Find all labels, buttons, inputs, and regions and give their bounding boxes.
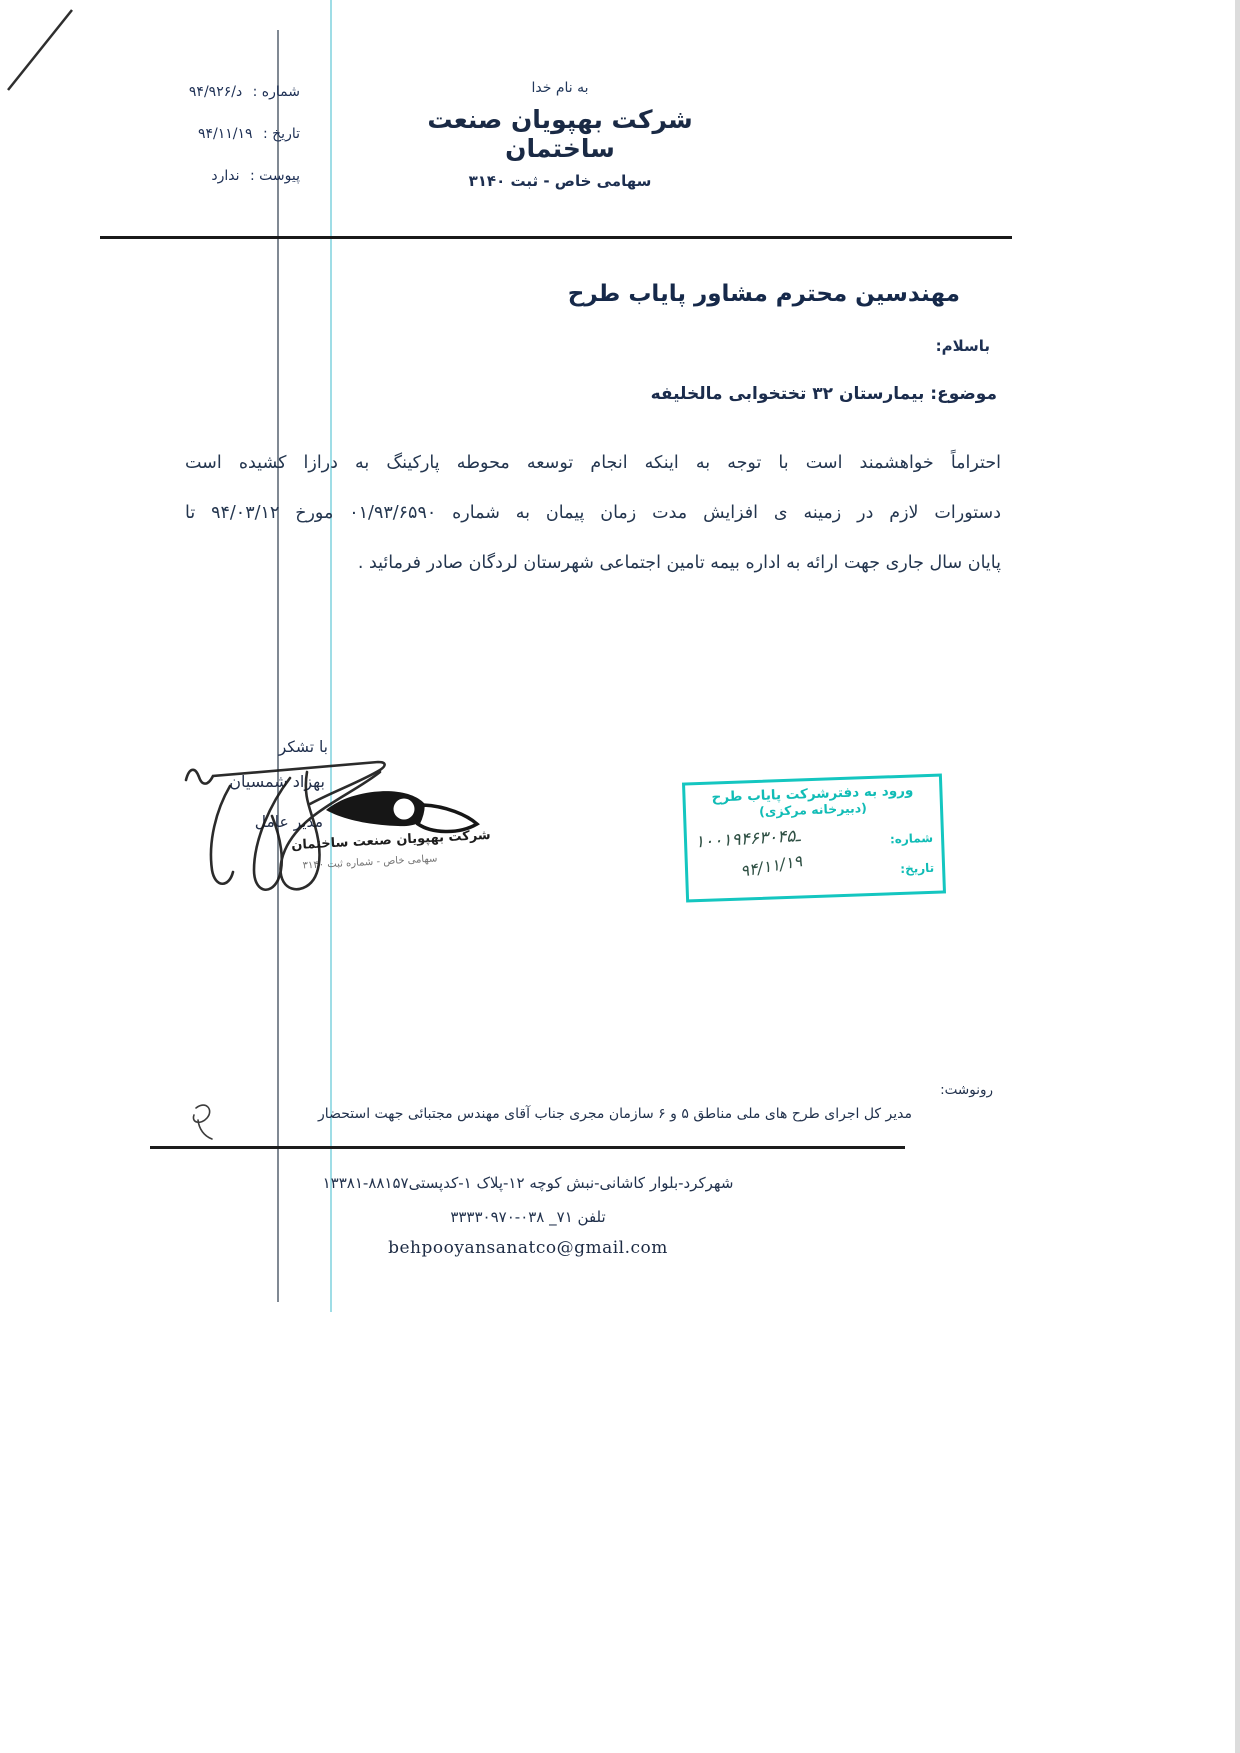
cc-handwritten-checkmark xyxy=(186,1096,218,1144)
footer-divider xyxy=(150,1146,905,1149)
letter-number-value: ۹۴/د/۹۲۶ xyxy=(189,84,242,100)
header-divider xyxy=(100,236,1012,239)
footer-email: behpooyansanatco@gmail.com xyxy=(152,1238,904,1258)
letter-attachment-row: پیوست : ندارد xyxy=(211,168,300,184)
letter-date-row: تاریخ : ۹۴/۱۱/۱۹ xyxy=(198,126,300,142)
letter-number-label: شماره : xyxy=(253,84,300,100)
received-stamp-date-label: تاریخ: xyxy=(900,861,934,876)
received-stamp-number-label: شماره: xyxy=(890,831,934,846)
received-stamp-number-value: ۱۰۰۱۹۴ـ۶۳۰۴۵ xyxy=(694,826,800,852)
bismillah-text: به نام خدا xyxy=(385,80,735,96)
handwritten-signature xyxy=(170,730,410,915)
body-paragraph: احتراماً خواهشمند است با توجه به اینکه ا… xyxy=(185,438,1001,588)
company-type: سهامی خاص - ثبت ۳۱۴۰ xyxy=(385,172,735,190)
cc-recipient-line: مدیر کل اجرای طرح های ملی مناطق ۵ و ۶ سا… xyxy=(200,1106,912,1122)
salutation-text: باسلام: xyxy=(790,337,990,355)
scanned-letter-page: شماره : ۹۴/د/۹۲۶ تاریخ : ۹۴/۱۱/۱۹ پیوست … xyxy=(0,0,1240,1753)
body-line: احتراماً خواهشمند است با توجه به اینکه ا… xyxy=(185,438,1001,488)
body-line: پایان سال جاری جهت ارائه به اداره بیمه ت… xyxy=(185,538,1001,588)
letterhead: به نام خدا شرکت بهپویان صنعت ساختمان سها… xyxy=(385,80,735,190)
letter-attachment-value: ندارد xyxy=(211,168,239,184)
footer-address: شهرکرد-بلوار کاشانی-نبش کوچه ۱۲-پلاک ۱-ک… xyxy=(152,1174,904,1192)
body-line: دستورات لازم در زمینه ی افزایش مدت زمان … xyxy=(185,488,1001,538)
letter-attachment-label: پیوست : xyxy=(250,168,300,184)
footer-phone: تلفن ۷۱_ ۰۳۸-۳۳۳۳۰۹۷۰ xyxy=(152,1208,904,1226)
received-stamp: ورود به دفترشرکت پایاب طرح (دبیرخانه مرک… xyxy=(682,773,946,902)
recipient-heading: مهندسین محترم مشاور پایاب طرح xyxy=(535,281,960,307)
company-name: شرکت بهپویان صنعت ساختمان xyxy=(385,105,735,163)
cc-label: رونوشت: xyxy=(848,1082,993,1098)
letter-date-value: ۹۴/۱۱/۱۹ xyxy=(198,126,253,142)
scan-edge-shadow xyxy=(1235,0,1240,1753)
corner-fold-mark xyxy=(0,0,90,100)
subject-line: موضوع: بیمارستان ۳۲ تختخوابی مالخلیفه xyxy=(495,384,997,404)
letter-date-label: تاریخ : xyxy=(263,126,300,142)
received-stamp-date-value: ۹۴/۱۱/۱۹ xyxy=(739,851,804,881)
letter-number-row: شماره : ۹۴/د/۹۲۶ xyxy=(189,84,300,100)
